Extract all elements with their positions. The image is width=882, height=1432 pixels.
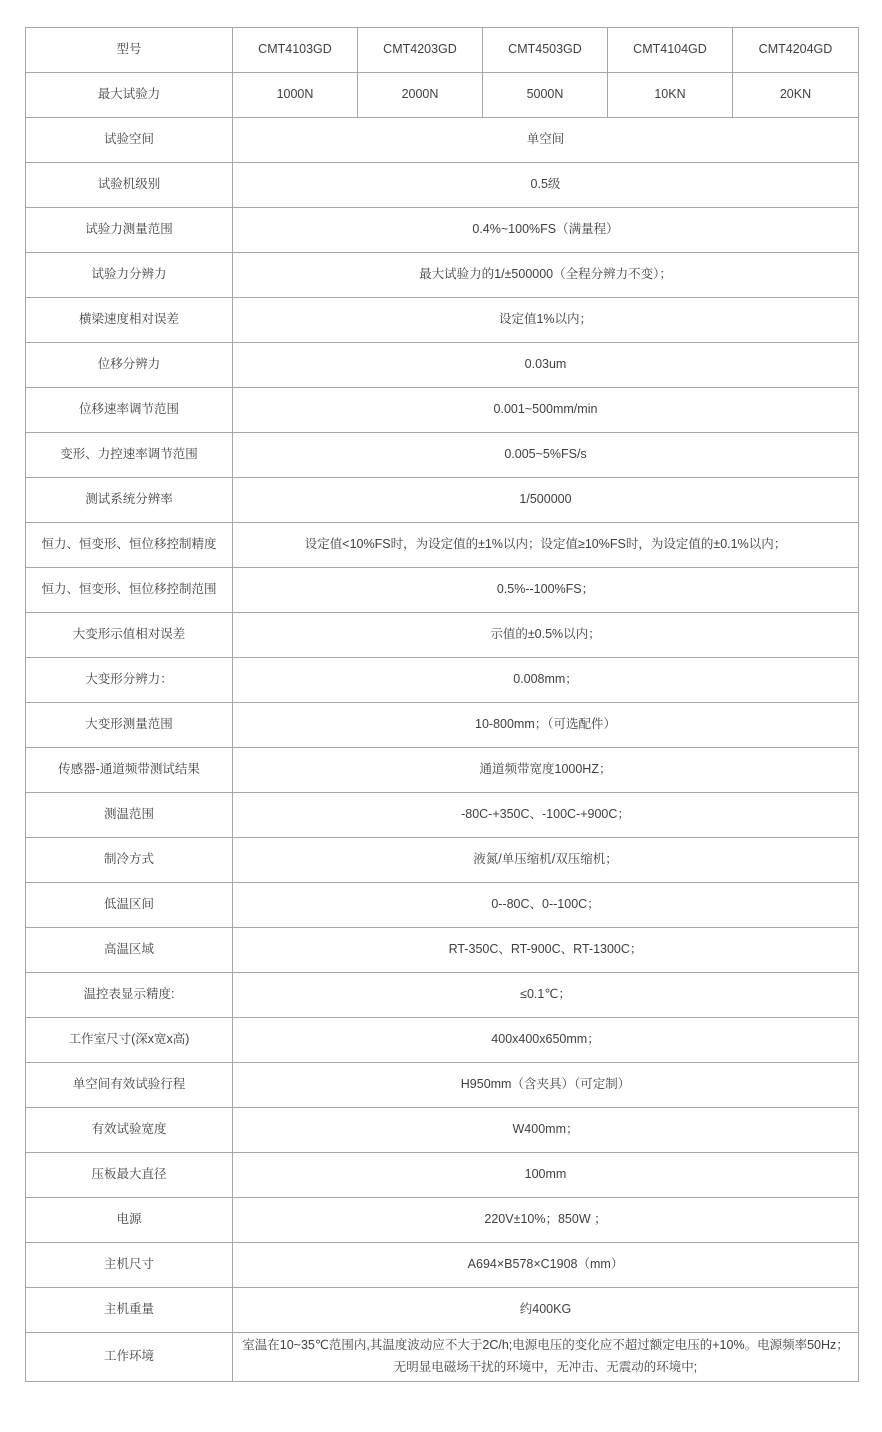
max-force-row: 最大试验力 1000N 2000N 5000N 10KN 20KN	[26, 73, 859, 118]
row-value-cell: 0.03um	[233, 343, 859, 388]
row-value-cell: 0.5%--100%FS；	[233, 568, 859, 613]
row-value-cell: -80C-+350C、-100C-+900C；	[233, 793, 859, 838]
row-label-cell: 主机尺寸	[26, 1243, 233, 1288]
table-row: 主机尺寸 A694×B578×C1908（mm）	[26, 1243, 859, 1288]
table-row: 主机重量 约400KG	[26, 1288, 859, 1333]
table-row: 传感器-通道频带测试结果 通道频带宽度1000HZ；	[26, 748, 859, 793]
row-label-cell: 试验力测量范围	[26, 208, 233, 253]
row-label-cell: 位移速率调节范围	[26, 388, 233, 433]
table-row: 低温区间 0--80C、0--100C；	[26, 883, 859, 928]
row-value-cell: ≤0.1℃；	[233, 973, 859, 1018]
row-label-cell: 测温范围	[26, 793, 233, 838]
force-cell: 20KN	[733, 73, 859, 118]
row-value-cell: 0.008mm；	[233, 658, 859, 703]
row-value-cell: 0--80C、0--100C；	[233, 883, 859, 928]
table-row: 位移分辨力 0.03um	[26, 343, 859, 388]
row-label-cell: 型号	[26, 28, 233, 73]
table-row: 大变形示值相对误差 示值的±0.5%以内；	[26, 613, 859, 658]
model-cell: CMT4103GD	[233, 28, 358, 73]
row-value-cell: 示值的±0.5%以内；	[233, 613, 859, 658]
row-label-cell: 位移分辨力	[26, 343, 233, 388]
row-value-cell: 0.5级	[233, 163, 859, 208]
spec-page: 型号 CMT4103GD CMT4203GD CMT4503GD CMT4104…	[0, 0, 882, 1408]
row-label-cell: 横梁速度相对误差	[26, 298, 233, 343]
force-cell: 5000N	[483, 73, 608, 118]
table-row: 恒力、恒变形、恒位移控制范围 0.5%--100%FS；	[26, 568, 859, 613]
table-row: 有效试验宽度 W400mm；	[26, 1108, 859, 1153]
table-row: 工作室尺寸(深x宽x高) 400x400x650mm；	[26, 1018, 859, 1063]
row-value-cell: H950mm（含夹具）（可定制）	[233, 1063, 859, 1108]
model-cell: CMT4104GD	[608, 28, 733, 73]
row-value-cell: 10-800mm；（可选配件）	[233, 703, 859, 748]
table-row: 位移速率调节范围 0.001~500mm/min	[26, 388, 859, 433]
row-label-cell: 主机重量	[26, 1288, 233, 1333]
row-label-cell: 大变形示值相对误差	[26, 613, 233, 658]
row-value-cell: 1/500000	[233, 478, 859, 523]
row-value-cell: 100mm	[233, 1153, 859, 1198]
row-value-cell: 0.001~500mm/min	[233, 388, 859, 433]
row-label-cell: 工作室尺寸(深x宽x高)	[26, 1018, 233, 1063]
row-value-cell: W400mm；	[233, 1108, 859, 1153]
table-row: 测温范围 -80C-+350C、-100C-+900C；	[26, 793, 859, 838]
row-label-cell: 试验力分辨力	[26, 253, 233, 298]
row-label-cell: 测试系统分辨率	[26, 478, 233, 523]
table-row: 试验力测量范围 0.4%~100%FS（满量程）	[26, 208, 859, 253]
table-row: 试验力分辨力 最大试验力的1/±500000（全程分辨力不变）；	[26, 253, 859, 298]
row-value-cell: 设定值<10%FS时，为设定值的±1%以内；设定值≥10%FS时，为设定值的±0…	[233, 523, 859, 568]
row-value-cell: 最大试验力的1/±500000（全程分辨力不变）；	[233, 253, 859, 298]
table-row: 恒力、恒变形、恒位移控制精度 设定值<10%FS时，为设定值的±1%以内；设定值…	[26, 523, 859, 568]
row-label-cell: 试验空间	[26, 118, 233, 163]
row-label-cell: 恒力、恒变形、恒位移控制范围	[26, 568, 233, 613]
row-value-cell: RT-350C、RT-900C、RT-1300C；	[233, 928, 859, 973]
table-row: 高温区域 RT-350C、RT-900C、RT-1300C；	[26, 928, 859, 973]
row-label-cell: 恒力、恒变形、恒位移控制精度	[26, 523, 233, 568]
row-label-cell: 试验机级别	[26, 163, 233, 208]
row-value-cell: 0.4%~100%FS（满量程）	[233, 208, 859, 253]
row-label-cell: 压板最大直径	[26, 1153, 233, 1198]
table-row: 变形、力控速率调节范围 0.005~5%FS/s	[26, 433, 859, 478]
row-value-cell: 通道频带宽度1000HZ；	[233, 748, 859, 793]
table-row: 大变形测量范围 10-800mm；（可选配件）	[26, 703, 859, 748]
row-value-cell: 220V±10%；850W ；	[233, 1198, 859, 1243]
table-row: 试验空间 单空间	[26, 118, 859, 163]
force-cell: 10KN	[608, 73, 733, 118]
table-row: 工作环境 室温在10~35℃范围内,其温度波动应不大于2C/h;电源电压的变化应…	[26, 1333, 859, 1382]
table-row: 压板最大直径 100mm	[26, 1153, 859, 1198]
row-label-cell: 工作环境	[26, 1333, 233, 1382]
row-label-cell: 电源	[26, 1198, 233, 1243]
model-row: 型号 CMT4103GD CMT4203GD CMT4503GD CMT4104…	[26, 28, 859, 73]
row-label-cell: 单空间有效试验行程	[26, 1063, 233, 1108]
table-row: 横梁速度相对误差 设定值1%以内；	[26, 298, 859, 343]
table-row: 试验机级别 0.5级	[26, 163, 859, 208]
force-cell: 1000N	[233, 73, 358, 118]
machine-spec-table: 型号 CMT4103GD CMT4203GD CMT4503GD CMT4104…	[25, 27, 859, 1382]
row-value-cell: 液氮/单压缩机/双压缩机；	[233, 838, 859, 883]
row-label-cell: 传感器-通道频带测试结果	[26, 748, 233, 793]
row-label-cell: 低温区间	[26, 883, 233, 928]
table-row: 测试系统分辨率 1/500000	[26, 478, 859, 523]
model-cell: CMT4503GD	[483, 28, 608, 73]
table-row: 温控表显示精度: ≤0.1℃；	[26, 973, 859, 1018]
row-value-cell: 设定值1%以内；	[233, 298, 859, 343]
row-label-cell: 变形、力控速率调节范围	[26, 433, 233, 478]
row-label-cell: 有效试验宽度	[26, 1108, 233, 1153]
row-value-cell: 室温在10~35℃范围内,其温度波动应不大于2C/h;电源电压的变化应不超过额定…	[233, 1333, 859, 1382]
model-cell: CMT4203GD	[358, 28, 483, 73]
table-row: 制冷方式 液氮/单压缩机/双压缩机；	[26, 838, 859, 883]
force-cell: 2000N	[358, 73, 483, 118]
row-value-cell: 单空间	[233, 118, 859, 163]
row-value-cell: 400x400x650mm；	[233, 1018, 859, 1063]
row-label-cell: 高温区域	[26, 928, 233, 973]
row-label-cell: 制冷方式	[26, 838, 233, 883]
row-label-cell: 大变形测量范围	[26, 703, 233, 748]
table-row: 电源 220V±10%；850W ；	[26, 1198, 859, 1243]
row-value-cell: 约400KG	[233, 1288, 859, 1333]
model-cell: CMT4204GD	[733, 28, 859, 73]
row-value-cell: 0.005~5%FS/s	[233, 433, 859, 478]
table-row: 单空间有效试验行程 H950mm（含夹具）（可定制）	[26, 1063, 859, 1108]
row-label-cell: 最大试验力	[26, 73, 233, 118]
table-row: 大变形分辨力： 0.008mm；	[26, 658, 859, 703]
row-label-cell: 温控表显示精度:	[26, 973, 233, 1018]
row-label-cell: 大变形分辨力：	[26, 658, 233, 703]
row-value-cell: A694×B578×C1908（mm）	[233, 1243, 859, 1288]
